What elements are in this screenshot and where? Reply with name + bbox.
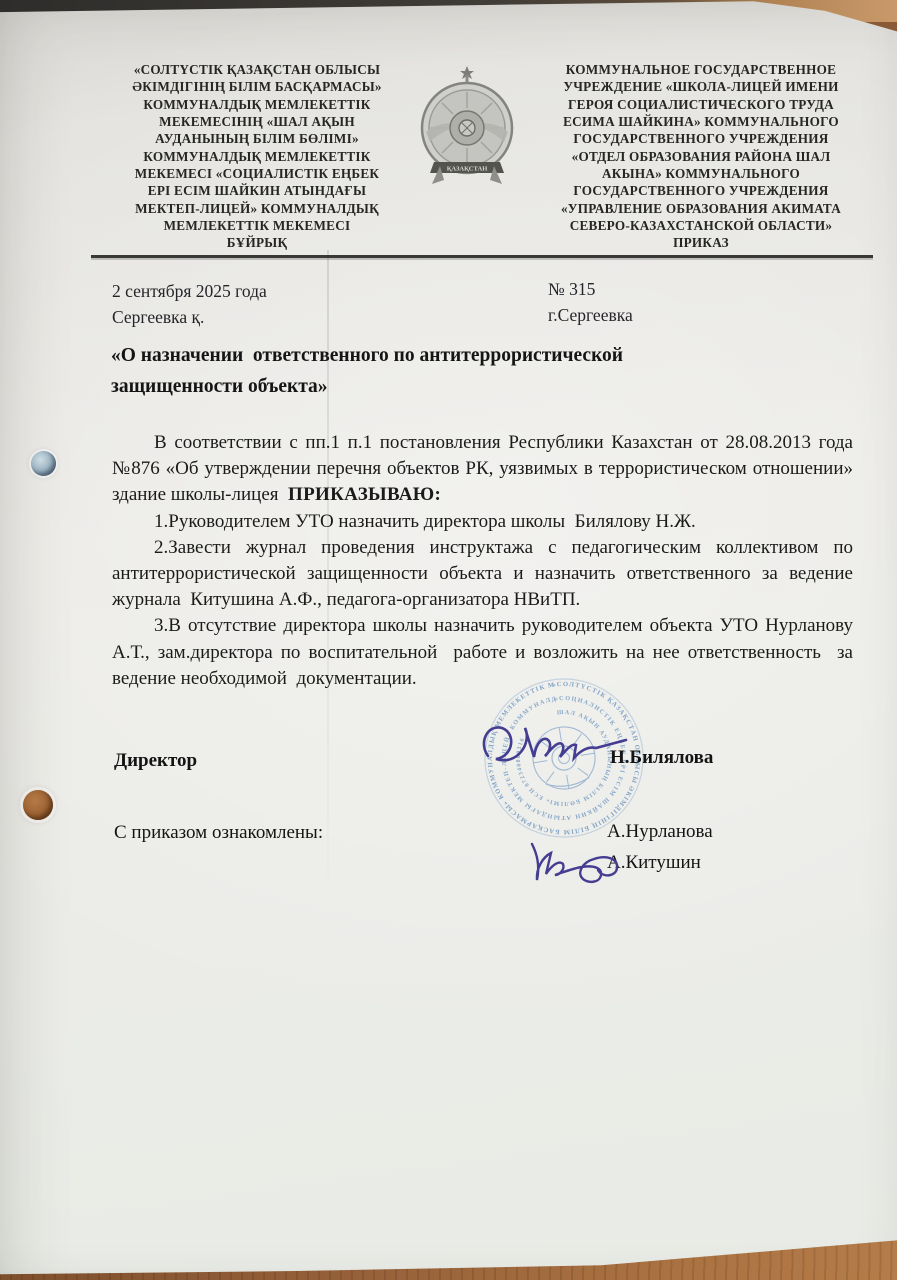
emblem-banner-text: ҚАЗАҚСТАН <box>447 166 488 173</box>
acknowledged-label: С приказом ознакомлены: <box>114 822 323 844</box>
punch-hole-top <box>31 451 56 476</box>
org-left-line: АУДАНЫНЫҢ БІЛІМ БӨЛІМІ» <box>94 130 420 147</box>
org-left-line: ӘКІМДІГІНІҢ БІЛІМ БАСҚАРМАСЫ» <box>94 78 420 95</box>
org-right-line: ГОСУДАРСТВЕННОГО УЧРЕЖДЕНИЯ <box>526 182 876 199</box>
org-left-line: МЕМЛЕКЕТТІК МЕКЕМЕСІ <box>94 217 420 234</box>
org-name-russian: КОММУНАЛЬНОЕ ГОСУДАРСТВЕННОЕУЧРЕЖДЕНИЕ «… <box>526 61 876 252</box>
paper-sheet: «СОЛТҮСТІК ҚАЗАҚСТАН ОБЛЫСЫӘКІМДІГІНІҢ Б… <box>0 0 897 1280</box>
org-left-line: МЕКЕМЕСІНІҢ «ШАЛ АҚЫН <box>94 113 420 130</box>
number-place-block: № 315 г.Сергеевка <box>548 277 633 328</box>
org-right-line: УЧРЕЖДЕНИЕ «ШКОЛА-ЛИЦЕЙ ИМЕНИ <box>526 78 876 95</box>
preamble-paragraph: В соответствии с пп.1 п.1 постановления … <box>112 430 853 509</box>
order-place-russian: г.Сергеевка <box>548 303 633 329</box>
document-photo: «СОЛТҮСТІК ҚАЗАҚСТАН ОБЛЫСЫӘКІМДІГІНІҢ Б… <box>0 0 897 1280</box>
org-right-line: «УПРАВЛЕНИЕ ОБРАЗОВАНИЯ АКИМАТА <box>526 200 876 217</box>
order-number: № 315 <box>548 277 633 303</box>
org-left-line: ЕРІ ЕСІМ ШАЙКИН АТЫНДАҒЫ <box>94 182 420 199</box>
org-left-line: КОММУНАЛДЫҚ МЕМЛЕКЕТТІК <box>94 96 420 113</box>
org-right-line: ЕСИМА ШАЙКИНА» КОММУНАЛЬНОГО <box>526 113 876 130</box>
org-left-line: МЕКТЕП-ЛИЦЕЙ» КОММУНАЛДЫҚ <box>94 200 420 217</box>
order-date: 2 сентября 2025 года <box>112 279 267 305</box>
header-separator-rule <box>91 255 873 258</box>
org-left-line: БҰЙРЫҚ <box>94 234 420 251</box>
org-right-line: КОММУНАЛЬНОЕ ГОСУДАРСТВЕННОЕ <box>526 61 876 78</box>
kitushin-signature <box>524 838 636 890</box>
order-command-word: ПРИКАЗЫВАЮ: <box>288 484 441 505</box>
org-right-line: ГОСУДАРСТВЕННОГО УЧРЕЖДЕНИЯ <box>526 130 876 147</box>
org-right-line: СЕВЕРО-КАЗАХСТАНСКОЙ ОБЛАСТИ» <box>526 217 876 234</box>
director-signature <box>468 712 638 774</box>
order-body: В соответствии с пп.1 п.1 постановления … <box>112 430 853 692</box>
director-role-label: Директор <box>114 750 197 772</box>
org-right-line: ГЕРОЯ СОЦИАЛИСТИЧЕСКОГО ТРУДА <box>526 96 876 113</box>
org-right-line: «ОТДЕЛ ОБРАЗОВАНИЯ РАЙОНА ШАЛ <box>526 148 876 165</box>
order-item-1: 1.Руководителем УТО назначить директора … <box>112 509 853 535</box>
org-right-line: АКЫНА» КОММУНАЛЬНОГО <box>526 165 876 182</box>
punch-hole-bottom <box>23 790 53 820</box>
org-left-line: КОММУНАЛДЫҚ МЕМЛЕКЕТТІК <box>94 148 420 165</box>
order-title: «О назначении ответственного по антитерр… <box>111 341 791 402</box>
org-right-line: ПРИКАЗ <box>526 234 876 251</box>
date-place-block: 2 сентября 2025 года Сергеевка қ. <box>112 279 267 330</box>
order-item-2: 2.Завести журнал проведения инструктажа … <box>112 535 853 614</box>
preamble-text: В соответствии с пп.1 п.1 постановления … <box>112 432 863 505</box>
org-left-line: МЕКЕМЕСІ «СОЦИАЛИСТІК ЕҢБЕК <box>94 165 420 182</box>
order-place-kazakh: Сергеевка қ. <box>112 305 267 331</box>
org-left-line: «СОЛТҮСТІК ҚАЗАҚСТАН ОБЛЫСЫ <box>94 61 420 78</box>
kazakhstan-emblem-icon: ҚАЗАҚСТАН <box>418 62 516 198</box>
org-name-kazakh: «СОЛТҮСТІК ҚАЗАҚСТАН ОБЛЫСЫӘКІМДІГІНІҢ Б… <box>94 61 420 252</box>
